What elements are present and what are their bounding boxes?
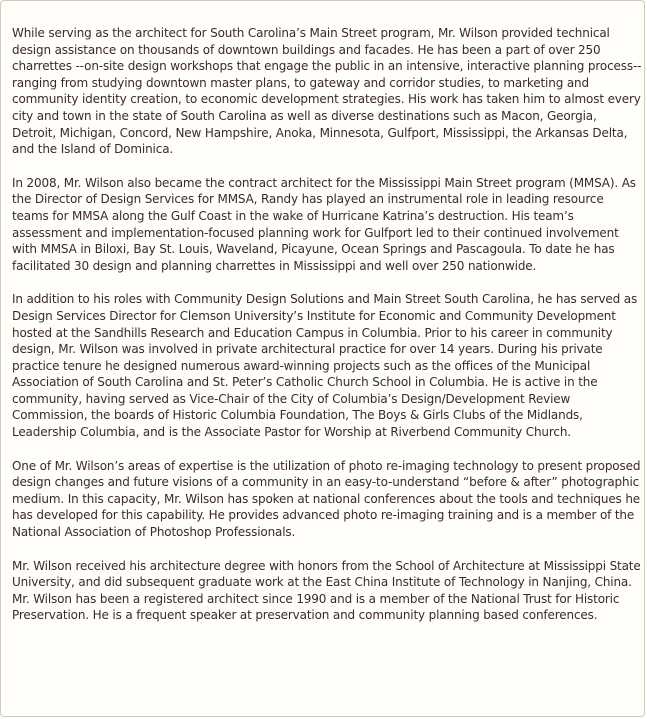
paragraph-mississippi: In 2008, Mr. Wilson also became the cont… [12,175,642,275]
paragraph-community-roles: In addition to his roles with Community … [12,291,642,440]
paragraph-photo-reimaging: One of Mr. Wilson’s areas of expertise i… [12,458,642,541]
paragraph-south-carolina: While serving as the architect for South… [12,25,642,158]
paragraph-education: Mr. Wilson received his architecture deg… [12,558,642,624]
bio-content: While serving as the architect for South… [12,25,642,641]
bio-panel: While serving as the architect for South… [0,0,645,717]
